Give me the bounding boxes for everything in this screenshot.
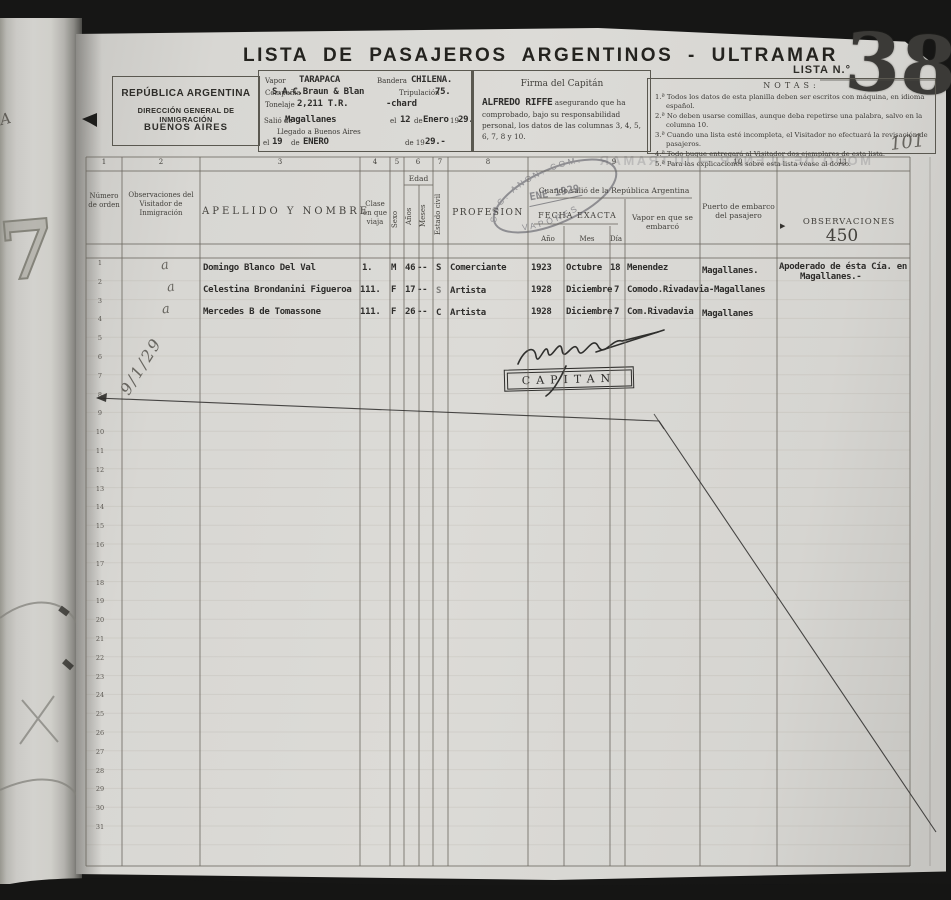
passenger-name: Mercedes B de Tomassone — [203, 307, 321, 317]
header-estado-civil: Estado civil — [434, 190, 447, 238]
sexo: M — [391, 263, 396, 273]
row-number: 18 — [90, 579, 110, 587]
header-sexo: Sexo — [391, 203, 403, 235]
header-edad-anos: Años — [405, 196, 418, 236]
observacion: Apoderado de ésta Cía. en — [779, 262, 907, 272]
row-number: 1 — [90, 259, 110, 267]
notas-box: NOTAS: 1.ª Todos los datos de esta plani… — [647, 78, 936, 154]
issuer-country: REPÚBLICA ARGENTINA — [113, 88, 259, 99]
salio-de: de — [414, 117, 423, 125]
row-number: 10 — [90, 428, 110, 436]
row-number: 4 — [90, 315, 110, 323]
row-number: 16 — [90, 541, 110, 549]
salida-mes: Diciembre — [566, 307, 612, 317]
row-number: 2 — [90, 278, 110, 286]
row-number: 5 — [90, 334, 110, 342]
tonelaje-label: Tonelaje — [265, 101, 295, 109]
header-edad: Edad — [404, 174, 433, 183]
notas-title: NOTAS: — [648, 81, 935, 91]
row-number: 26 — [90, 729, 110, 737]
column-number: 8 — [476, 158, 500, 166]
row-number: 28 — [90, 767, 110, 775]
pointer-icon: ▶ — [780, 222, 785, 230]
vapor-label: Vapor — [265, 77, 286, 85]
clase: 111. — [360, 285, 380, 295]
salida-ano: 1928 — [531, 285, 551, 295]
clase: 1. — [362, 263, 372, 273]
nota-4: 4.ª Todo buque entregará al Visitador do… — [653, 150, 930, 159]
llegado-month: ENERO — [303, 137, 329, 147]
estado-civil: C — [436, 308, 441, 318]
profesion: Comerciante — [450, 263, 506, 273]
book-page-edges: A 7 — [0, 18, 82, 884]
header-apellido-nombre: APELLIDO Y NOMBRE — [202, 206, 358, 219]
issuer-city: BUENOS AIRES — [113, 122, 259, 133]
row-number: 19 — [90, 597, 110, 605]
salida-dia: 7 — [614, 307, 619, 317]
passenger-name: Celestina Brondanini Figueroa — [203, 285, 351, 295]
llegado-label: Llegado a Buenos Aires — [277, 128, 361, 136]
row-number: 27 — [90, 748, 110, 756]
capitan-stamp: CAPITAN — [504, 366, 635, 391]
tonelaje-value: 2,211 T.R. — [297, 99, 348, 109]
capitan-stamp-label: CAPITAN — [506, 369, 631, 389]
column-number: 3 — [268, 158, 292, 166]
observacion: Magallanes.- — [800, 272, 861, 282]
sexo: F — [391, 285, 396, 295]
profesion: Artista — [450, 286, 486, 296]
clase: 111. — [360, 307, 380, 317]
salida-mes: Diciembre — [566, 285, 612, 295]
row-number: 30 — [90, 804, 110, 812]
estado-civil: S — [436, 286, 441, 296]
row-number: 9 — [90, 409, 110, 417]
passenger-name: Domingo Blanco Del Val — [203, 263, 316, 273]
row-number: 24 — [90, 691, 110, 699]
vapor-embarco: Com.Rivadavia — [627, 307, 694, 317]
llegado-year: 29.- — [425, 137, 445, 147]
ship-box: Vapor TARAPACA Bandera CHILENA. Compañía… — [258, 70, 473, 152]
captain-box-title: Firma del Capitán — [474, 79, 650, 90]
salida-mes: Octubre — [566, 263, 602, 273]
compania-cont: -chard — [386, 99, 417, 109]
row-number: 12 — [90, 466, 110, 474]
column-number: 9 — [602, 158, 626, 166]
salio-el: el — [390, 117, 396, 125]
captain-name: ALFREDO RIFFE — [482, 97, 552, 108]
visitor-mark: a — [161, 302, 170, 318]
vapor-embarco: Menendez — [627, 263, 668, 273]
salida-ano: 1923 — [531, 263, 551, 273]
header-numero-orden: Número de orden — [88, 192, 120, 210]
edad-meses: -- — [417, 263, 427, 273]
llegado-de: de — [291, 139, 300, 147]
tripulacion-label: Tripulación — [399, 89, 440, 97]
profesion: Artista — [450, 308, 486, 318]
nota-1: 1.ª Todos los datos de esta planilla deb… — [653, 93, 930, 111]
header-edad-meses: Meses — [419, 196, 432, 236]
row-number: 15 — [90, 522, 110, 530]
row-number: 6 — [90, 353, 110, 361]
row-number: 14 — [90, 503, 110, 511]
column-number: 1 — [92, 158, 116, 166]
stamp-date: ENE 1929 — [529, 183, 581, 204]
row-number: 22 — [90, 654, 110, 662]
edad-meses: -- — [417, 285, 427, 295]
salida-dia: 18 — [610, 263, 620, 273]
llegado-day: 19 — [272, 137, 282, 147]
row-number: 21 — [90, 635, 110, 643]
header-puerto-embarco: Puerto de embarco del pasajero — [702, 202, 775, 221]
row-number: 29 — [90, 785, 110, 793]
row-number: 11 — [90, 447, 110, 455]
salida-ano: 1928 — [531, 307, 551, 317]
edad-anos: 46 — [405, 263, 415, 273]
nota-5: 5.ª Para las explicaciones sobre esta li… — [653, 160, 930, 169]
bandera-label: Bandera — [377, 77, 407, 85]
compania-value: S.A.C.Braun & Blan — [272, 87, 364, 97]
tripulacion-value: 75. — [435, 87, 450, 97]
bandera-value: CHILENA. — [411, 75, 452, 85]
salio-day: 12 — [400, 115, 410, 125]
edad-meses: -- — [417, 307, 427, 317]
header-clase: Clase en que viaja — [361, 200, 389, 226]
row-number: 23 — [90, 673, 110, 681]
column-number: 11 — [831, 158, 855, 166]
captain-signature — [500, 325, 680, 405]
scanned-passenger-list-page: A 7 MODO DE LLENAR — ULTRAMAR LISTA DE P… — [0, 0, 951, 900]
row-number: 17 — [90, 560, 110, 568]
puerto-embarco: Magallanes. — [702, 266, 758, 276]
page-title: LISTA DE PASAJEROS ARGENTINOS - ULTRAMAR — [243, 45, 838, 67]
vapor-value: TARAPACA — [299, 75, 340, 85]
pencil-scribbles — [0, 18, 82, 884]
column-number: 4 — [363, 158, 387, 166]
column-number: 6 — [406, 158, 430, 166]
salio-port: Magallanes — [285, 115, 336, 125]
salida-dia: 7 — [614, 285, 619, 295]
row-number: 20 — [90, 616, 110, 624]
observaciones-form-number: 450 — [812, 226, 872, 247]
column-number: 2 — [149, 158, 173, 166]
llegado-de19: de 19 — [405, 139, 425, 147]
row-number: 3 — [90, 297, 110, 305]
nota-3: 3.ª Cuando una lista esté incompleta, el… — [653, 131, 930, 149]
issuer-box: REPÚBLICA ARGENTINA DIRECCIÓN GENERAL DE… — [112, 76, 260, 146]
page-bottom-shadow — [0, 860, 951, 900]
puerto-embarco: Magallanes — [702, 309, 753, 319]
row-number: 7 — [90, 372, 110, 380]
row-number: 25 — [90, 710, 110, 718]
header-observaciones-visitador: Observaciones del Visitador de Inmigraci… — [124, 191, 198, 217]
edad-anos: 26 — [405, 307, 415, 317]
nota-2: 2.ª No deben usarse comillas, aunque deb… — [653, 112, 930, 130]
edad-anos: 17 — [405, 285, 415, 295]
row-number: 13 — [90, 485, 110, 493]
lista-number-label: LISTA N.° — [793, 64, 851, 76]
sexo: F — [391, 307, 396, 317]
llegado-el: el — [263, 139, 269, 147]
row-number: 31 — [90, 823, 110, 831]
estado-civil: S — [436, 263, 441, 273]
row-number: 8 — [90, 391, 110, 399]
salio-month: Enero — [423, 115, 449, 125]
column-number: 10 — [726, 158, 750, 166]
column-number: 7 — [428, 158, 452, 166]
vapor-embarco: Comodo.Rivadavia-Magallanes — [627, 285, 765, 295]
